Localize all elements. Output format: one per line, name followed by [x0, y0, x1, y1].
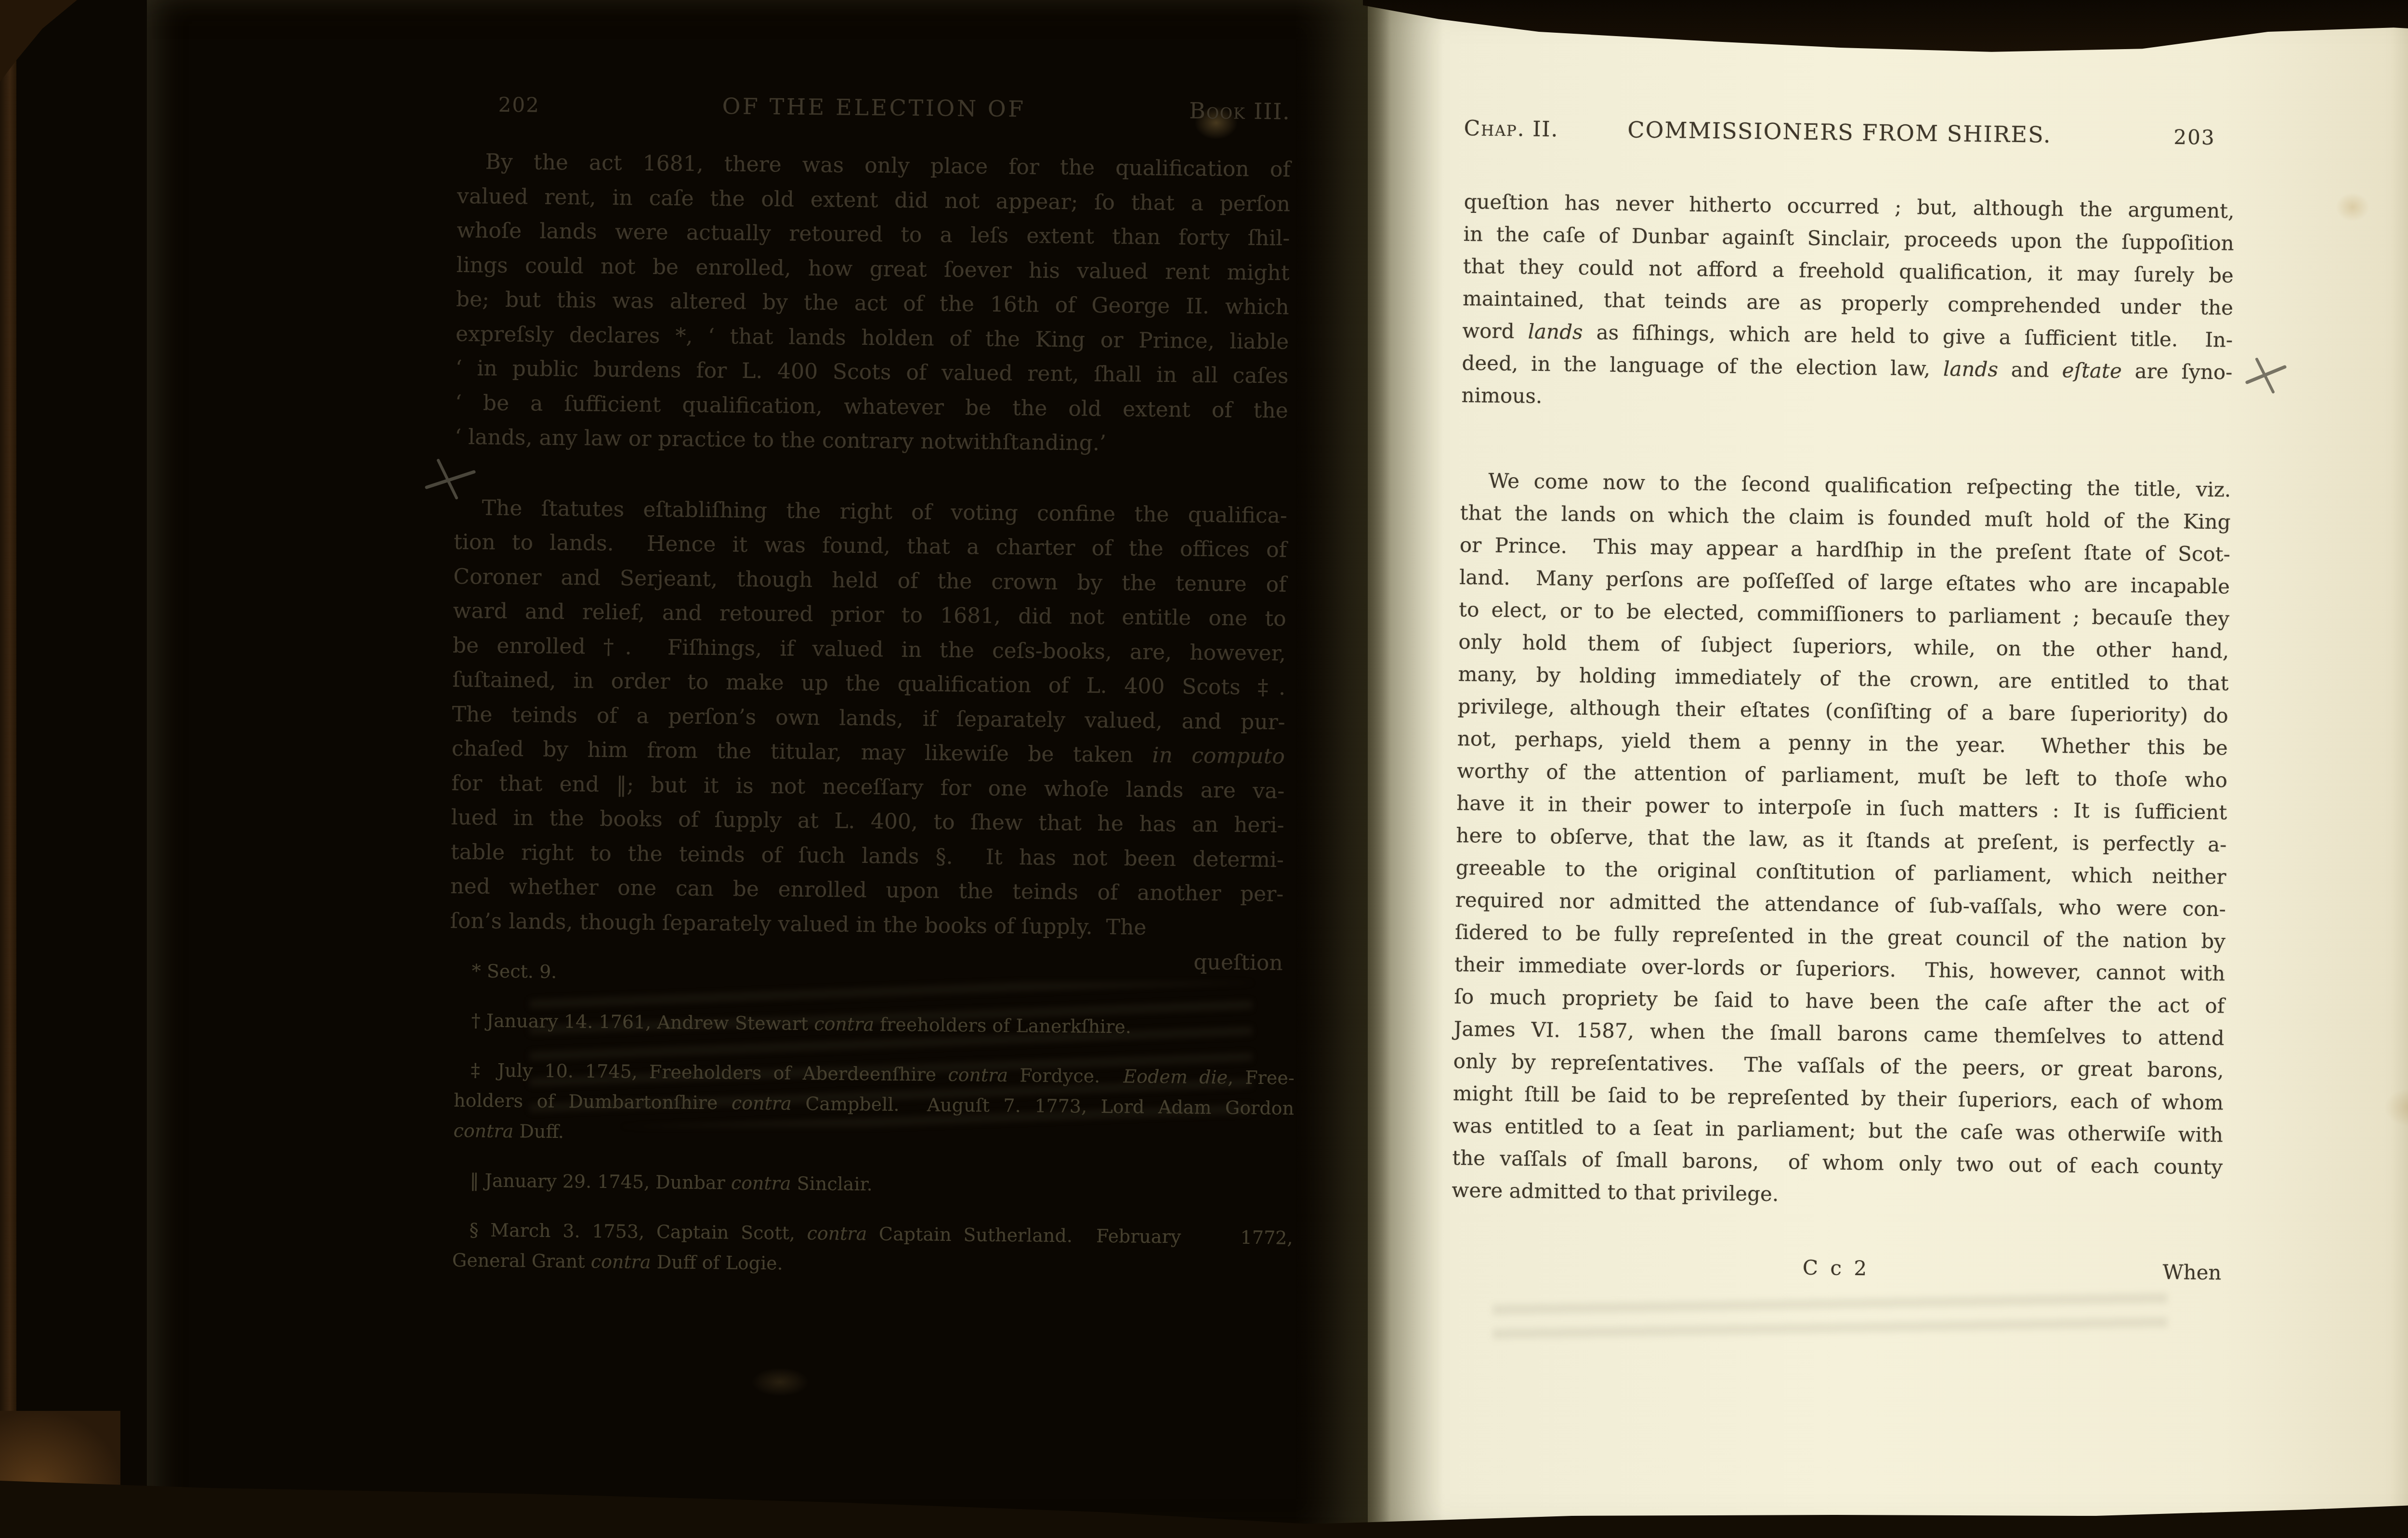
paragraph: We come now to the ſecond qualification …: [1452, 464, 2231, 1215]
right-paragraphs: queſtion has never hitherto occurred ; b…: [1452, 185, 2235, 1215]
right-page-number: 203: [2051, 124, 2215, 149]
gathering-signature: C c 2: [1803, 1251, 1870, 1285]
left-book-label: Book III.: [1025, 96, 1290, 124]
left-footnotes: * Sect. 9.† January 14. 1761, Andrew Ste…: [452, 956, 1296, 1284]
paragraph: † January 14. 1761, Andrew Stewart contr…: [454, 1005, 1295, 1044]
book-spread-photo: 202 OF THE ELECTION OF Book III. By the …: [0, 0, 2408, 1538]
paragraph: § March 3. 1753, Captain Scott, contra C…: [452, 1215, 1293, 1284]
paragraph: ‡ July 10. 1745, Freeholders of Aberdeen…: [453, 1055, 1295, 1154]
left-page-stack-fore-edge: [10, 0, 150, 1538]
paragraph: ‖ January 29. 1745, Dunbar contra Sincla…: [453, 1165, 1294, 1204]
left-page-number: 202: [457, 92, 722, 118]
paragraph: By the act 1681, there was only place fo…: [455, 144, 1291, 462]
gutter-shadow: [1296, 0, 1445, 1538]
text-line: ‖ January 29. 1745, Dunbar contra Sincla…: [453, 1165, 1294, 1204]
paragraph: The ſtatutes eſtabliſhing the right of v…: [450, 490, 1287, 946]
spacer: [1451, 1247, 1803, 1284]
right-running-title: COMMISSIONERS FROM SHIRES.: [1627, 117, 2052, 148]
right-catchword: When: [1870, 1252, 2222, 1289]
text-line: † January 14. 1761, Andrew Stewart contr…: [454, 1005, 1295, 1044]
right-chapter-label: Chap. II.: [1464, 116, 1627, 143]
pencil-x-mark-right-margin: [2244, 356, 2288, 395]
left-page-text: By the act 1681, there was only place fo…: [449, 144, 1290, 980]
left-paragraphs: By the act 1681, there was only place fo…: [450, 144, 1291, 946]
paragraph: queſtion has never hitherto occurred ; b…: [1461, 185, 2235, 421]
right-page-text: queſtion has never hitherto occurred ; b…: [1451, 185, 2235, 1289]
left-running-title: OF THE ELECTION OF: [722, 93, 1026, 122]
